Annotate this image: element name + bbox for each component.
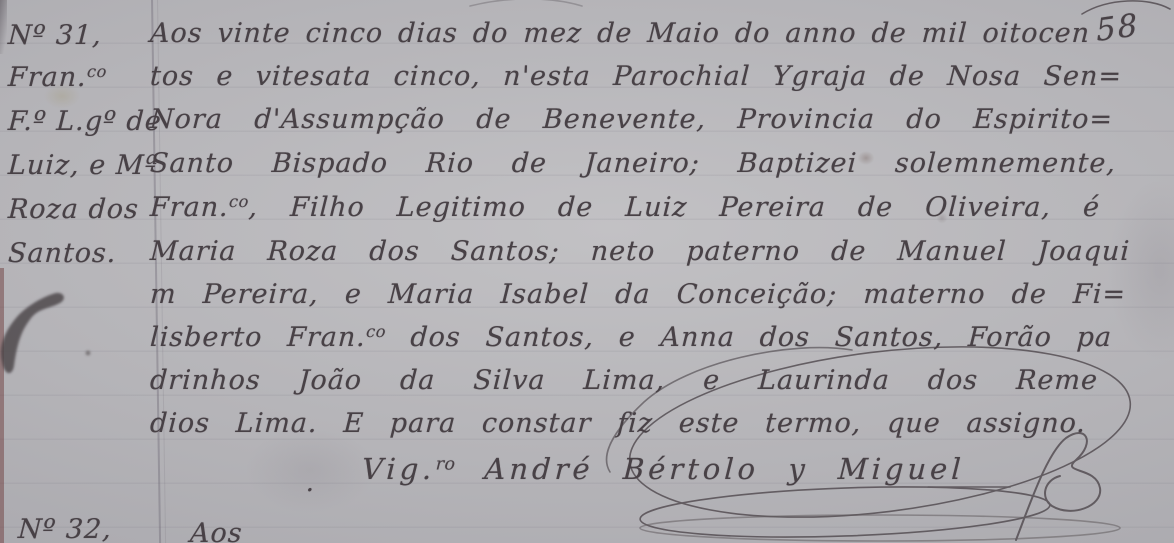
- signature-title-superscript: ro: [435, 454, 456, 474]
- body-line-10: dios Lima. E para constar fiz este termo…: [149, 408, 1087, 440]
- body-line-8: lisberto Fran.co dos Santos, e Anna dos …: [149, 322, 1113, 354]
- signature-line: Vig.ro André Bértolo y Miguel: [361, 452, 965, 487]
- margin-parent-name-3: Santos.: [7, 238, 117, 270]
- signature-leading-dot: .: [305, 468, 316, 499]
- rubric-paraph-loop: [1016, 433, 1100, 540]
- body-line-2: tos e vitesata cinco, n'esta Parochial Y…: [149, 61, 1123, 93]
- flourish-top-center: [470, 0, 582, 6]
- body-line-5-base: Fran.: [149, 192, 229, 223]
- margin-child-name-superscript: co: [87, 62, 108, 81]
- body-line-8-superscript: co: [366, 322, 387, 341]
- page-left-edge-stain-strip: [0, 268, 4, 543]
- body-line-1: Aos vinte cinco dias do mez de Maio do a…: [149, 18, 1091, 50]
- page-left-edge-shadow-top: [0, 0, 7, 54]
- margin-record-number: Nº 31,: [7, 20, 103, 52]
- signature-name: André Bértolo y Miguel: [454, 452, 965, 486]
- body-line-3: Nora d'Assumpção de Benevente, Provincia…: [149, 104, 1114, 136]
- margin-parent-name-2: Roza dos: [7, 194, 140, 226]
- margin-parent-name-1: Luiz, e Mª: [7, 150, 159, 182]
- ink-speck: [86, 351, 91, 356]
- signature-title: Vig.: [361, 452, 436, 486]
- body-line-9: drinhos João da Silva Lima, e Laurinda d…: [149, 365, 1099, 397]
- body-line-8-rest: dos Santos, e Anna dos Santos, Forão pa: [385, 322, 1113, 353]
- rubric-ellipse-1: [639, 481, 1050, 543]
- body-line-8-base: lisberto Fran.: [149, 322, 366, 353]
- margin-child-name: Fran.co: [7, 62, 107, 94]
- folio-number: 58: [1095, 7, 1141, 50]
- body-line-5-rest: , Filho Legitimo de Luiz Pereira de Oliv…: [248, 192, 1101, 223]
- body-line-6: Maria Roza dos Santos; neto paterno de M…: [149, 236, 1131, 268]
- body-line-5: Fran.co, Filho Legitimo de Luiz Pereira …: [149, 192, 1101, 224]
- margin-filiation-abbrev: F.º L.gº de: [7, 106, 162, 138]
- rubric-ellipse-2: [640, 515, 1120, 541]
- next-record-first-word: Aos: [189, 518, 243, 543]
- ink-blot: [1, 293, 64, 373]
- body-line-4: Santo Bispado Rio de Janeiro; Baptizei s…: [149, 148, 1117, 180]
- body-line-7: m Pereira, e Maria Isabel da Conceição; …: [149, 279, 1127, 311]
- manuscript-baptism-record-scan: Nº 31, Fran.co F.º L.gº de Luiz, e Mª Ro…: [0, 0, 1174, 543]
- next-record-margin-number: Nº 32,: [17, 514, 113, 543]
- body-line-5-superscript: co: [229, 192, 250, 211]
- margin-child-name-base: Fran.: [7, 62, 87, 93]
